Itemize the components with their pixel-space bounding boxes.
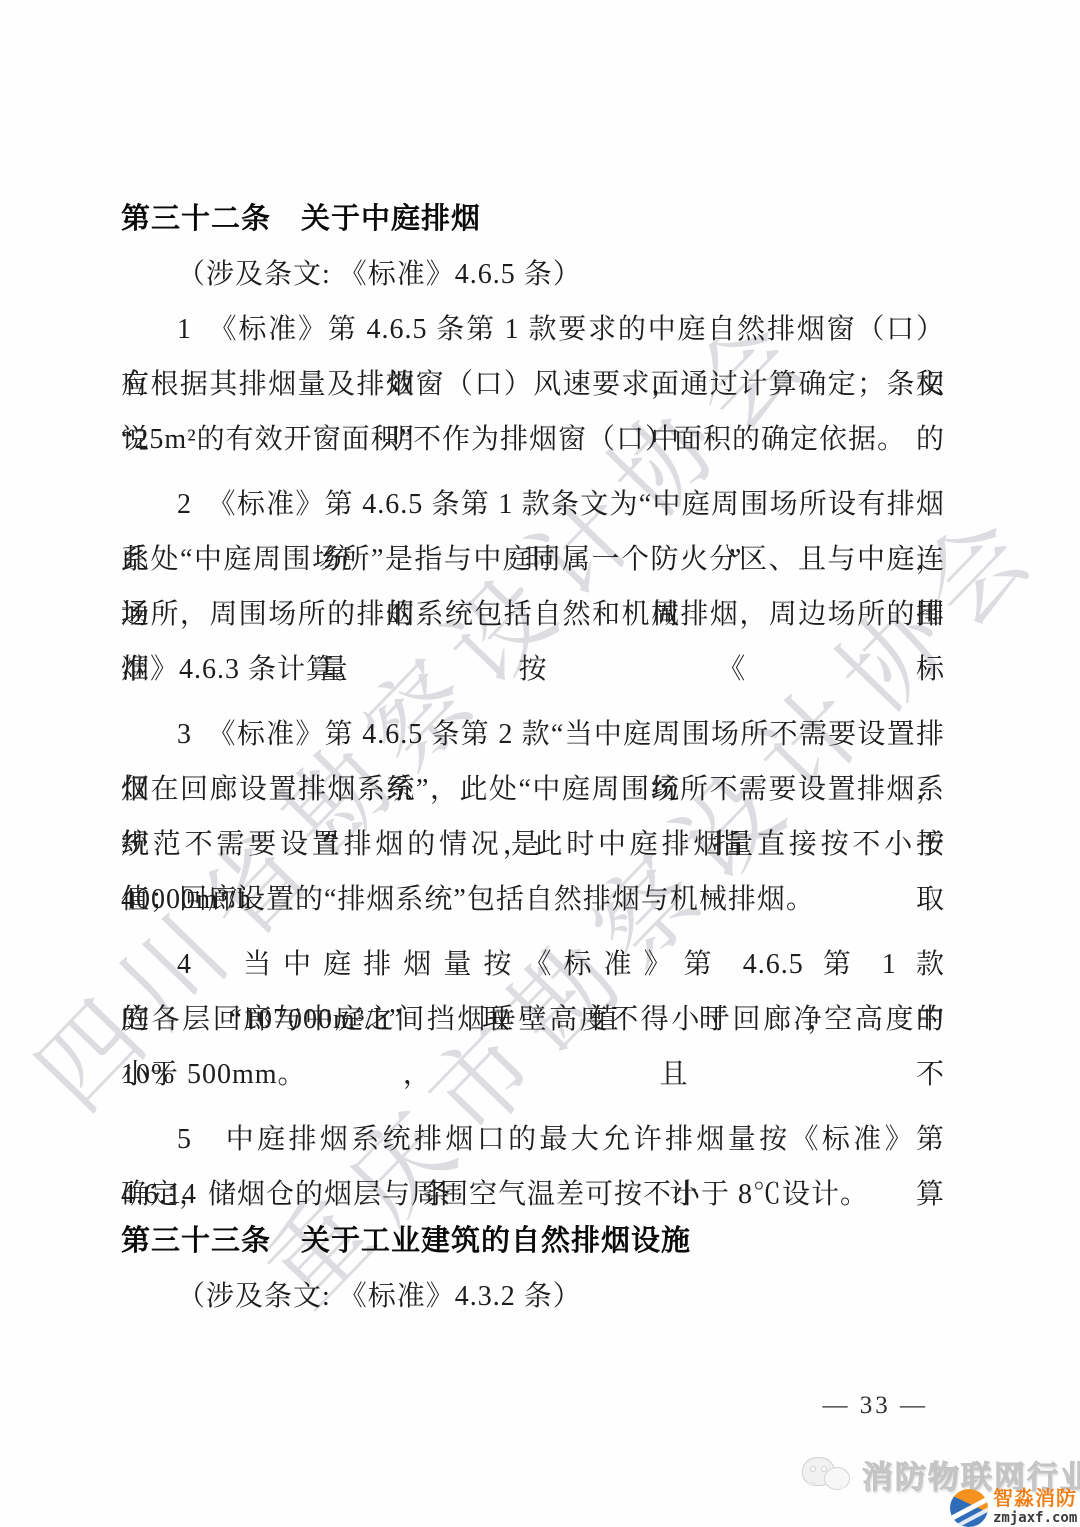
paragraph-line: 1 《标准》第 4.6.5 条第 1 款要求的中庭自然排烟窗（口）有效面积 [121, 302, 945, 357]
paragraph-line: “25m²的有效开窗面积”不作为排烟窗（口）面积的确定依据。 [121, 412, 945, 467]
wechat-icon [800, 1454, 852, 1496]
paragraph-line: 2 《标准》第 4.6.5 条第 1 款条文为“中庭周围场所设有排烟系统时”， [121, 477, 945, 532]
paragraph-line: 庭各层回廊与中庭之间挡烟垂壁高度不得小于回廊净空高度的 10%，且不 [121, 992, 945, 1047]
paragraph-line: 规范不需要设置排烟的情况，此时中庭排烟量直接按不小于 40000m³/h 取 [121, 817, 945, 872]
article-32-heading: 第三十二条 关于中庭排烟 [121, 192, 945, 247]
document-page: 四川省勘察设计协会 重庆市勘察设计协会 第三十二条 关于中庭排烟 （涉及条文: … [0, 0, 1080, 1527]
paragraph-line: 仅在回廊设置排烟系统”，此处“中庭周围场所不需要设置排烟系统”是指按 [121, 762, 945, 817]
paragraph-spacer [121, 467, 945, 477]
article-33-reference: （涉及条文: 《标准》4.3.2 条） [121, 1269, 945, 1324]
article-33-heading: 第三十三条 关于工业建筑的自然排烟设施 [121, 1214, 945, 1269]
paragraph-5: 5 中庭排烟系统排烟口的最大允许排烟量按《标准》第 4.6.14 条计算 确定，… [121, 1112, 945, 1222]
paragraph-3: 3 《标准》第 4.6.5 条第 2 款“当中庭周围场所不需要设置排烟系统， 仅… [121, 707, 945, 927]
page-number: — 33 — [823, 1392, 929, 1420]
logo-domain: zmjaxf.com [993, 1510, 1077, 1526]
paragraph-line: 5 中庭排烟系统排烟口的最大允许排烟量按《标准》第 4.6.14 条计算 [121, 1112, 945, 1167]
wechat-bubble-small [824, 1467, 850, 1490]
paragraph-spacer [121, 1102, 945, 1112]
paragraph-4: 4 当中庭排烟量按《标准》第 4.6.5 第 1 款的“107000m³/h”取… [121, 937, 945, 1102]
zhimiao-logo-text: 智淼消防 zmjaxf.com [993, 1489, 1077, 1526]
paragraph-line: 场所，周围场所的排烟系统包括自然和机械排烟，周边场所的排烟量按《标 [121, 587, 945, 642]
paragraph-line: 此处“中庭周围场所”是指与中庭同属一个防火分区、且与中庭连通的周围 [121, 532, 945, 587]
zhimiao-logo: 智淼消防 zmjaxf.com [950, 1489, 1077, 1527]
paragraph-2: 2 《标准》第 4.6.5 条第 1 款条文为“中庭周围场所设有排烟系统时”， … [121, 477, 945, 697]
zhimiao-logo-icon [950, 1489, 988, 1527]
paragraph-spacer [121, 927, 945, 937]
paragraph-1: 1 《标准》第 4.6.5 条第 1 款要求的中庭自然排烟窗（口）有效面积 应根… [121, 302, 945, 467]
document-body: 第三十二条 关于中庭排烟 （涉及条文: 《标准》4.6.5 条） 1 《标准》第… [121, 192, 945, 1324]
paragraph-line: 3 《标准》第 4.6.5 条第 2 款“当中庭周围场所不需要设置排烟系统， [121, 707, 945, 762]
paragraph-spacer [121, 697, 945, 707]
paragraph-line: 4 当中庭排烟量按《标准》第 4.6.5 第 1 款的“107000m³/h”取… [121, 937, 945, 992]
logo-title: 智淼消防 [993, 1489, 1077, 1510]
paragraph-line: 应根据其排烟量及排烟窗（口）风速要求，通过计算确定；条文说明中的 [121, 357, 945, 412]
article-32-reference: （涉及条文: 《标准》4.6.5 条） [121, 247, 945, 302]
